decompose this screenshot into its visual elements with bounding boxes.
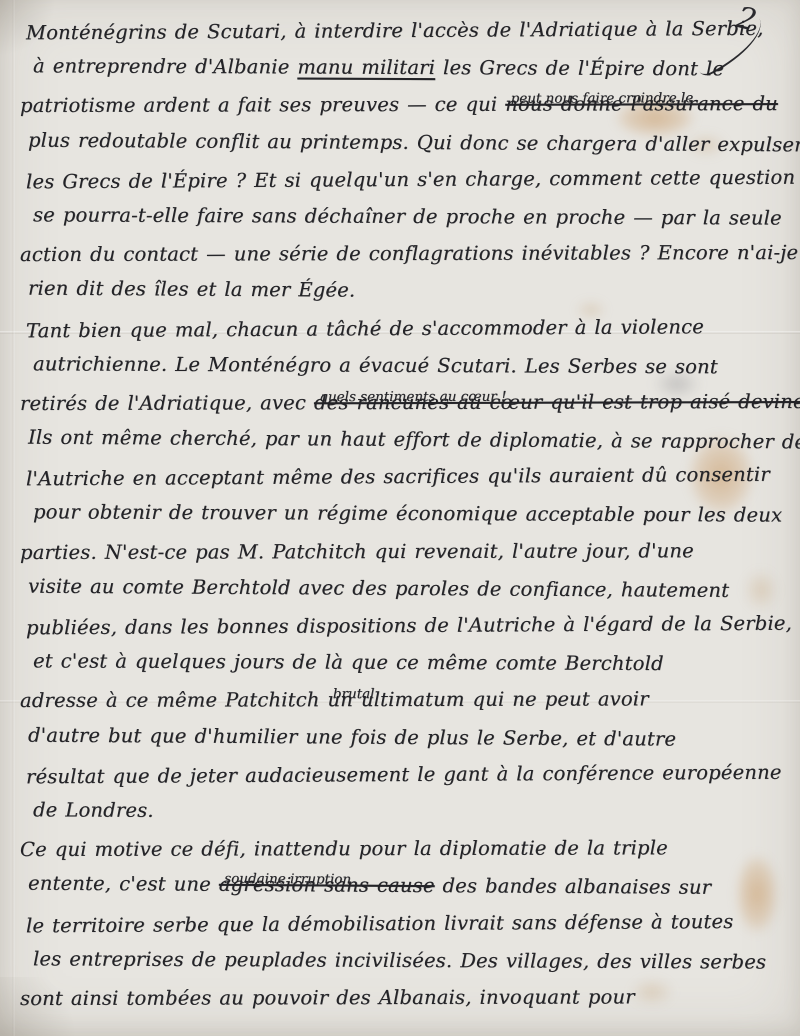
line-segment: résultat que de jeter audacieusement le … — [26, 760, 782, 788]
line-segment: des bandes albanaises sur — [435, 874, 712, 899]
handwritten-line: action du contact — une série de conflag… — [20, 234, 800, 273]
line-segment: et c'est à quelques jours de là que ce m… — [33, 650, 664, 676]
handwritten-line: les entreprises de peuplades incivilisée… — [33, 940, 800, 981]
line-segment: publiées, dans les bonnes dispositions d… — [26, 612, 792, 640]
handwritten-line: le territoire serbe que la démobilisatio… — [26, 902, 800, 944]
handwritten-line: Ce qui motive ce défi, inattendu pour la… — [20, 829, 800, 868]
correction-anchor: brutalun ultimatum — [327, 688, 464, 711]
handwritten-line: publiées, dans les bonnes dispositions d… — [26, 605, 800, 647]
correction-anchor: soudaine irruptionagression sans cause — [219, 873, 435, 897]
line-segment: patriotisme ardent a fait ses preuves — … — [20, 93, 505, 117]
line-segment: les Grecs de l'Épire ? Et si quelqu'un s… — [26, 165, 795, 193]
line-segment: le territoire serbe que la démobilisatio… — [26, 910, 734, 937]
line-segment: à entreprendre d'Albanie — [33, 55, 297, 79]
handwritten-line: résultat que de jeter audacieusement le … — [26, 753, 800, 795]
handwritten-line: et c'est à quelques jours de là que ce m… — [33, 643, 800, 684]
line-segment: sont ainsi tombées au pouvoir des Albana… — [20, 985, 635, 1010]
inserted-correction: quels sentiments au cœur ! — [319, 390, 506, 404]
line-segment: de Londres. — [33, 798, 154, 822]
line-segment: adresse à ce même Patchitch — [20, 689, 328, 713]
handwritten-line: de Londres. — [33, 791, 800, 832]
handwritten-line: Ils ont même cherché, par un haut effort… — [28, 419, 800, 461]
line-segment: Ce qui motive ce défi, inattendu pour la… — [20, 836, 668, 861]
manuscript-page: 2 Monténégrins de Scutari, à interdire l… — [0, 0, 800, 1036]
handwritten-line: l'Autriche en acceptant même des sacrifi… — [26, 456, 800, 498]
line-segment: plus redoutable conflit au printemps. Qu… — [28, 128, 800, 156]
handwritten-line: se pourra-t-elle faire sans déchaîner de… — [33, 196, 800, 237]
handwritten-line: parties. N'est-ce pas M. Patchitch qui r… — [20, 532, 800, 571]
line-segment: retirés de l'Adriatique, avec — [20, 391, 314, 415]
handwritten-line: Monténégrins de Scutari, à interdire l'a… — [26, 10, 800, 52]
handwritten-line: à entreprendre d'Albanie manu militari l… — [33, 48, 800, 89]
inserted-correction: brutal — [333, 688, 375, 702]
line-segment: pour obtenir de trouver un régime économ… — [33, 501, 782, 527]
handwritten-line: entente, c'est une soudaine irruptionagr… — [28, 865, 800, 907]
handwritten-line: plus redoutable conflit au printemps. Qu… — [28, 121, 800, 163]
inserted-correction: peut nous faire craindre le — [511, 92, 694, 106]
handwritten-line: pour obtenir de trouver un régime économ… — [33, 494, 800, 535]
line-segment: parties. N'est-ce pas M. Patchitch qui r… — [20, 539, 694, 564]
handwritten-line: les Grecs de l'Épire ? Et si quelqu'un s… — [26, 158, 800, 200]
line-segment: visite au comte Berchtold avec des parol… — [28, 574, 729, 601]
line-segment: les Grecs de l'Épire dont le — [435, 56, 724, 80]
handwritten-line: sont ainsi tombées au pouvoir des Albana… — [20, 978, 800, 1017]
line-segment: Monténégrins de Scutari, à interdire l'a… — [26, 17, 764, 45]
handwritten-line: retirés de l'Adriatique, avec quels sent… — [20, 383, 800, 422]
handwritten-line: Tant bien que mal, chacun a tâché de s'a… — [26, 307, 800, 349]
handwritten-line: autrichienne. Le Monténégro a évacué Scu… — [33, 345, 800, 386]
line-segment: Ils ont même cherché, par un haut effort… — [28, 426, 800, 454]
correction-anchor: peut nous faire craindre lenous donne l'… — [505, 92, 778, 116]
handwritten-line: rien dit des îles et la mer Égée. — [28, 270, 800, 312]
handwritten-line: visite au comte Berchtold avec des parol… — [28, 567, 800, 609]
inserted-correction: soudaine irruption — [224, 873, 351, 887]
line-segment: action du contact — une série de conflag… — [20, 241, 798, 266]
line-segment: d'autre but que d'humilier une fois de p… — [28, 723, 676, 750]
manuscript-text: Monténégrins de Scutari, à interdire l'a… — [0, 12, 800, 1016]
underlined-text: manu militari — [297, 56, 435, 80]
correction-anchor: quels sentiments au cœur !des rancunes a… — [314, 390, 800, 414]
line-segment: rien dit des îles et la mer Égée. — [28, 277, 355, 302]
line-segment: Tant bien que mal, chacun a tâché de s'a… — [26, 315, 704, 342]
handwritten-line: adresse à ce même Patchitch brutalun ult… — [20, 680, 800, 719]
line-segment: entente, c'est une — [28, 872, 219, 896]
line-segment: les entreprises de peuplades incivilisée… — [33, 947, 766, 973]
handwritten-line: d'autre but que d'humilier une fois de p… — [28, 716, 800, 758]
line-segment: qui ne peut avoir — [465, 688, 649, 711]
line-segment: l'Autriche en acceptant même des sacrifi… — [26, 463, 770, 491]
handwritten-line: patriotisme ardent a fait ses preuves — … — [20, 85, 800, 124]
line-segment: autrichienne. Le Monténégro a évacué Scu… — [33, 352, 718, 378]
line-segment: se pourra-t-elle faire sans déchaîner de… — [33, 203, 782, 229]
